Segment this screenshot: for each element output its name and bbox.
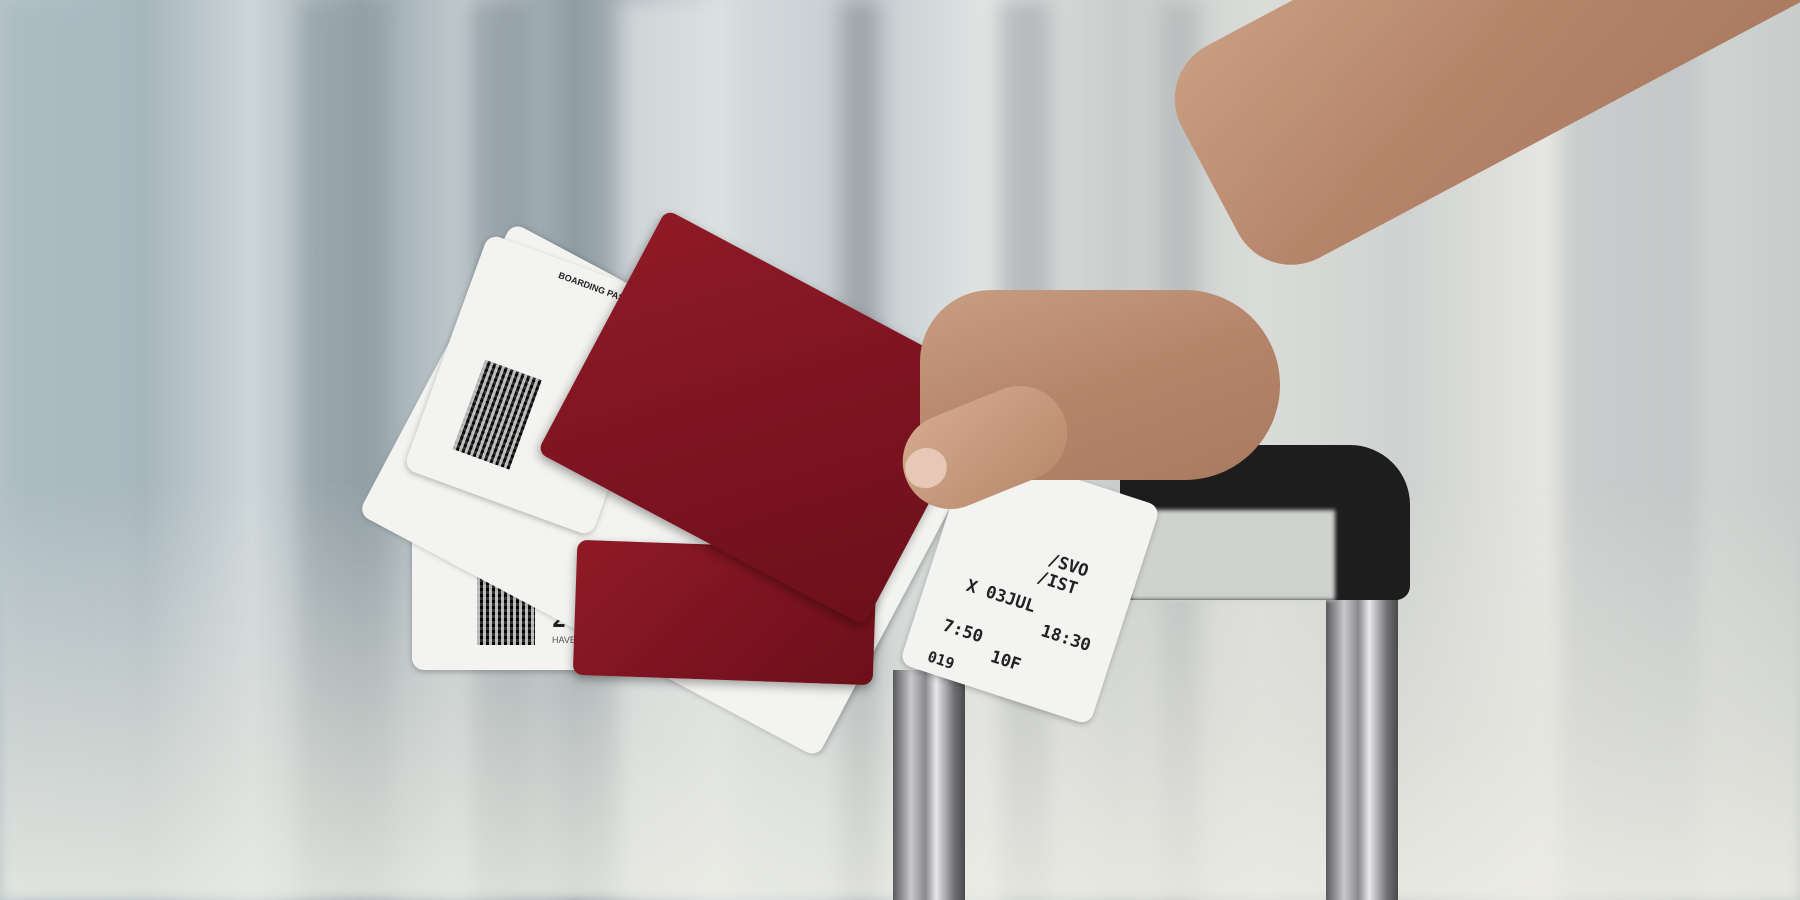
barcode-icon — [453, 360, 542, 470]
flight-number: 019 — [925, 647, 956, 672]
luggage-pole-left — [893, 670, 965, 900]
departure-time: 18:30 — [1038, 621, 1093, 656]
handle-gap — [1130, 510, 1335, 600]
boarding-time: 7:50 — [940, 616, 985, 648]
luggage-pole-right — [1326, 595, 1398, 900]
flight-date: X 03JUL — [964, 576, 1038, 617]
seat-number: 10F — [988, 647, 1023, 676]
